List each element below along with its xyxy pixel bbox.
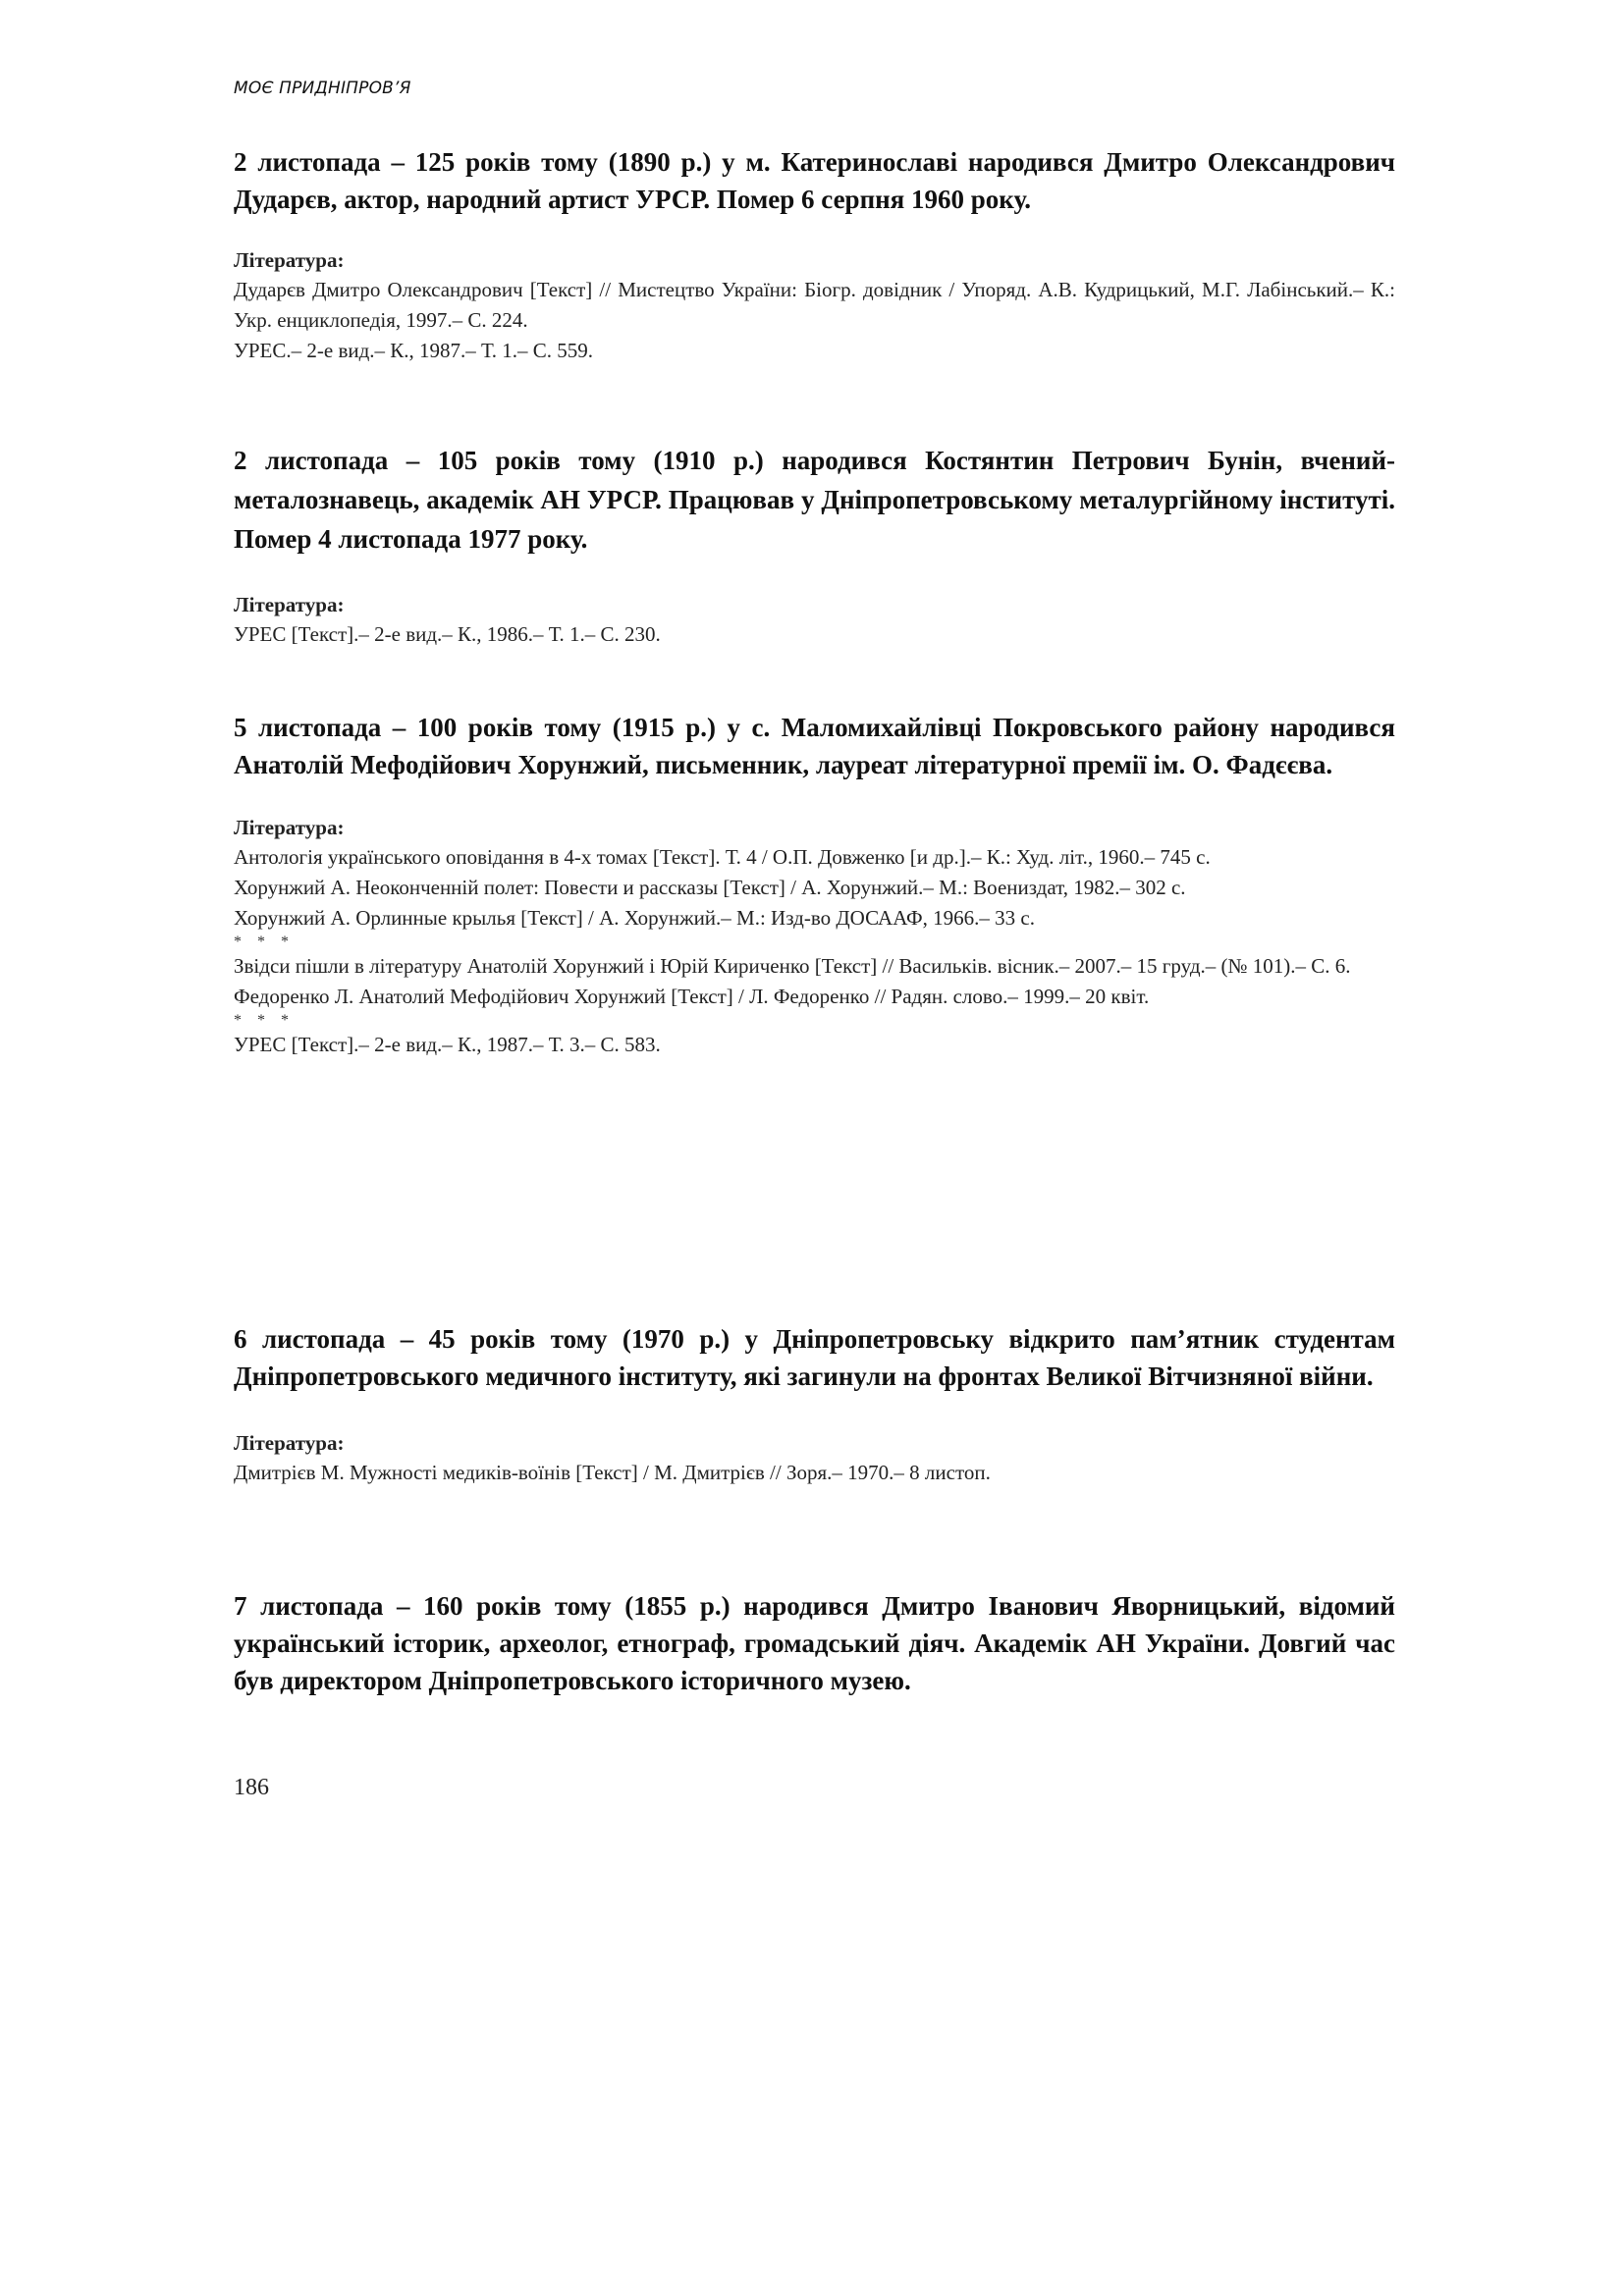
page-number: 186	[234, 1775, 269, 1801]
section-separator: * * *	[234, 934, 1395, 951]
reference-item: УРЕС [Текст].– 2-е вид.– К., 1987.– Т. 3…	[234, 1030, 1395, 1060]
entry-title: 7 листопада – 160 років тому (1855 р.) н…	[234, 1587, 1395, 1699]
reference-item: Федоренко Л. Анатолий Мефодійович Хорунж…	[234, 982, 1395, 1012]
reference-item: Хорунжий А. Неоконченній полет: Повести …	[234, 873, 1395, 903]
literature-label: Література:	[234, 1428, 1395, 1458]
reference-list: УРЕС [Текст].– 2-е вид.– К., 1986.– Т. 1…	[234, 619, 1395, 650]
entry-bunin: 2 листопада – 105 років тому (1910 р.) н…	[234, 441, 1395, 650]
reference-item: Звідси пішли в літературу Анатолій Хорун…	[234, 951, 1395, 982]
entry-dudarev: 2 листопада – 125 років тому (1890 р.) у…	[234, 143, 1395, 366]
entry-yavornytskyi: 7 листопада – 160 років тому (1855 р.) н…	[234, 1587, 1395, 1699]
reference-item: Дмитрієв М. Мужності медиків-воїнів [Тек…	[234, 1458, 1395, 1488]
reference-item: УРЕС [Текст].– 2-е вид.– К., 1986.– Т. 1…	[234, 619, 1395, 650]
reference-item: Дударєв Дмитро Олександрович [Текст] // …	[234, 275, 1395, 336]
reference-item: УРЕС.– 2-е вид.– К., 1987.– Т. 1.– С. 55…	[234, 336, 1395, 366]
literature-label: Література:	[234, 590, 1395, 619]
running-head: МОЄ ПРИДНІПРОВ’Я	[234, 79, 411, 98]
literature-label: Література:	[234, 813, 1395, 842]
entry-monument: 6 листопада – 45 років тому (1970 р.) у …	[234, 1320, 1395, 1488]
literature-label: Література:	[234, 245, 1395, 275]
section-separator: * * *	[234, 1012, 1395, 1030]
reference-list: Дмитрієв М. Мужності медиків-воїнів [Тек…	[234, 1458, 1395, 1488]
entry-title: 2 листопада – 105 років тому (1910 р.) н…	[234, 441, 1395, 559]
entry-title: 5 листопада – 100 років тому (1915 р.) у…	[234, 709, 1395, 783]
entry-khorunzhyi: 5 листопада – 100 років тому (1915 р.) у…	[234, 709, 1395, 1060]
reference-item: Антологія українського оповідання в 4-х …	[234, 842, 1395, 873]
entry-title: 6 листопада – 45 років тому (1970 р.) у …	[234, 1320, 1395, 1395]
reference-item: Хорунжий А. Орлинные крылья [Текст] / А.…	[234, 903, 1395, 934]
reference-list: Антологія українського оповідання в 4-х …	[234, 842, 1395, 1060]
reference-list: Дударєв Дмитро Олександрович [Текст] // …	[234, 275, 1395, 366]
entry-title: 2 листопада – 125 років тому (1890 р.) у…	[234, 143, 1395, 218]
